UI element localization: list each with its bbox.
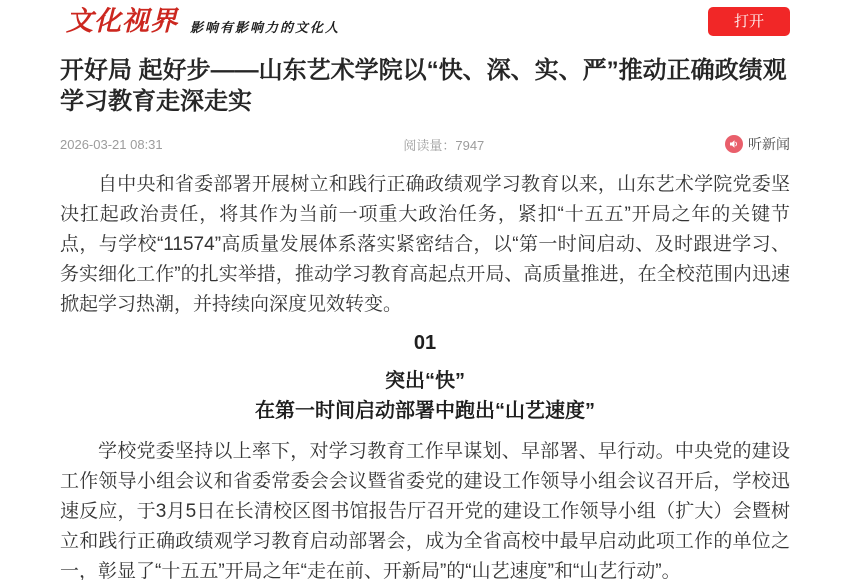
section-subtitle: 在第一时间启动部署中跑出“山艺速度” <box>60 397 790 425</box>
speaker-icon[interactable] <box>725 135 743 153</box>
publish-date: 2026-03-21 08:31 <box>60 137 163 152</box>
listen-news-label: 听新闻 <box>748 134 790 154</box>
site-header: 文化视界 影响有影响力的文化人 打开 <box>0 0 848 36</box>
article-content: 开好局 起好步——山东艺术学院以“快、深、实、严”推动正确政绩观学习教育走深走实… <box>0 55 848 580</box>
section-number: 01 <box>60 329 790 357</box>
view-count: 阅读量：7947 <box>163 135 725 154</box>
listen-news-button[interactable]: 听新闻 <box>725 134 790 154</box>
section-title: 突出“快” <box>60 367 790 395</box>
article-paragraph-1: 自中央和省委部署开展树立和践行正确政绩观学习教育以来，山东艺术学院党委坚决扛起政… <box>60 170 790 320</box>
article-meta-row: 2026-03-21 08:31 阅读量：7947 听新闻 <box>60 134 790 154</box>
site-tagline: 影响有影响力的文化人 <box>190 17 340 36</box>
article-paragraph-2: 学校党委坚持以上率下，对学习教育工作早谋划、早部署、早行动。中央党的建设工作领导… <box>60 437 790 580</box>
open-app-button[interactable]: 打开 <box>708 7 790 36</box>
site-logo: 文化视界 <box>66 7 178 35</box>
article-title: 开好局 起好步——山东艺术学院以“快、深、实、严”推动正确政绩观学习教育走深走实 <box>60 55 790 117</box>
